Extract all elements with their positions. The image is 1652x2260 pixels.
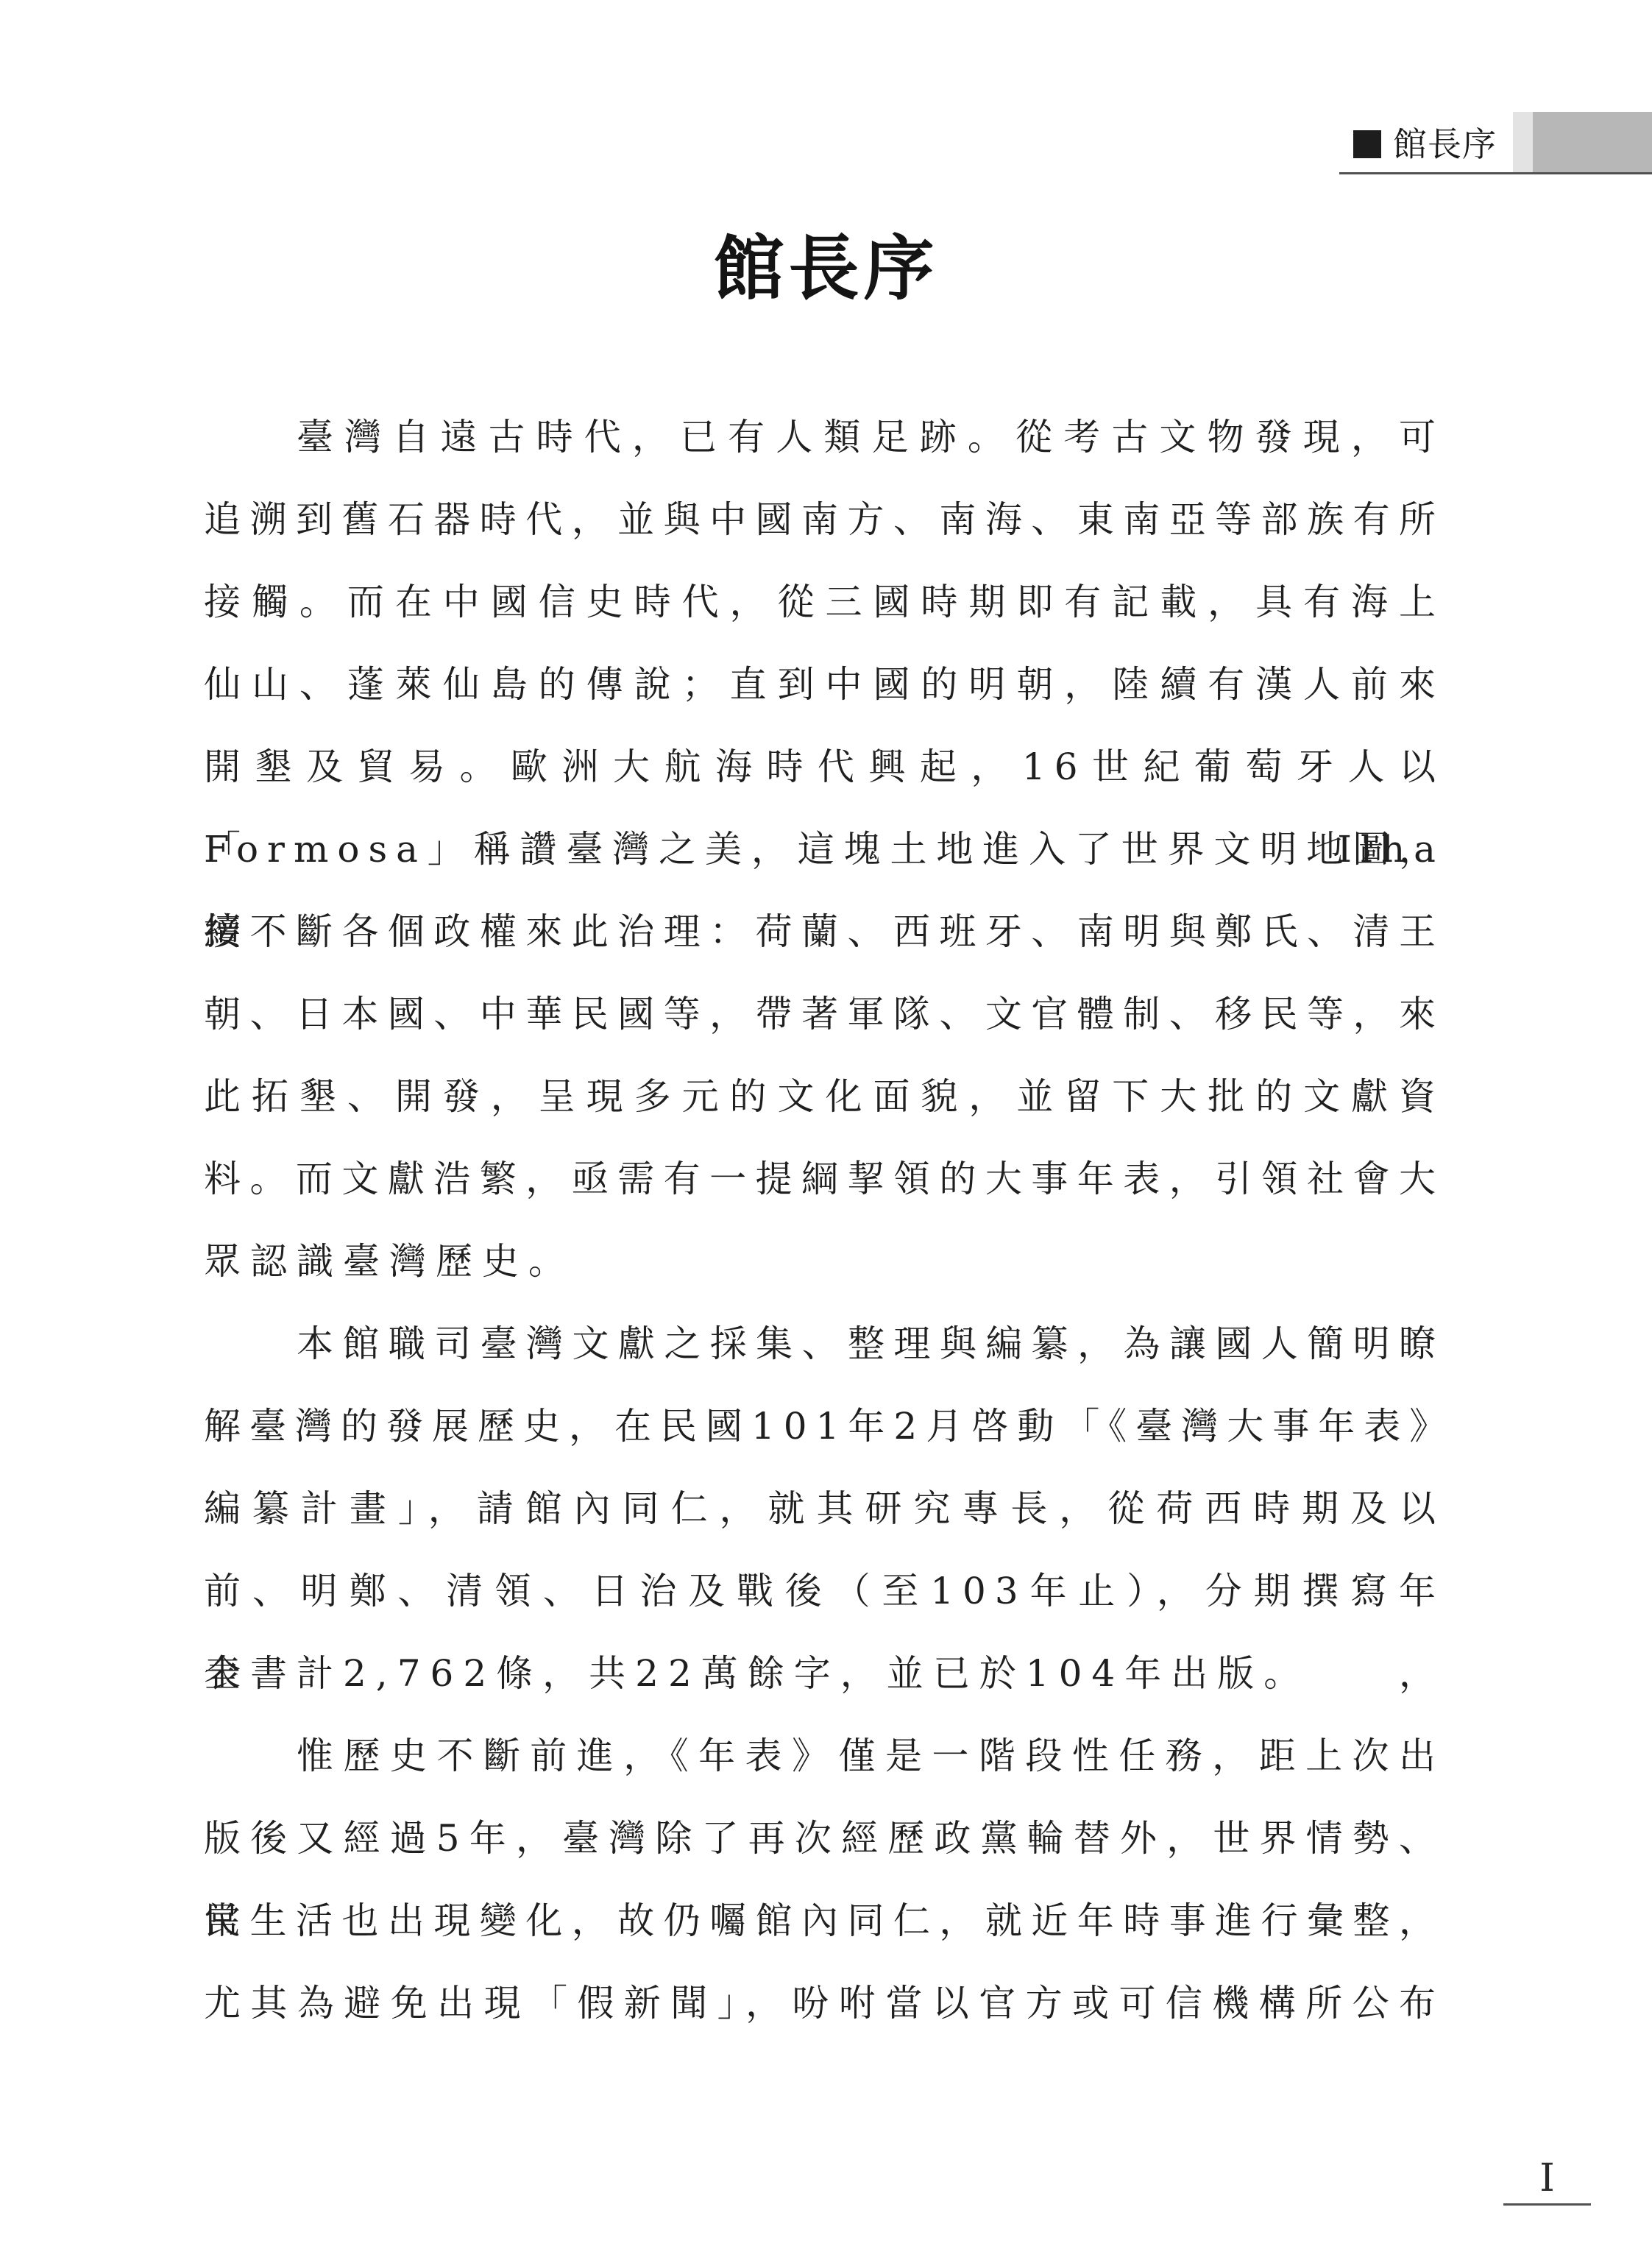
body-line: 開墾及貿易。歐洲大航海時代興起，16世紀葡萄牙人以「Ilha xyxy=(204,726,1444,808)
body-line: 續不斷各個政權來此治理：荷蘭、西班牙、南明與鄭氏、清王 xyxy=(204,890,1444,973)
header-tab-dark xyxy=(1533,112,1652,172)
body-line: 眾認識臺灣歷史。 xyxy=(204,1220,1444,1303)
body-line: Formosa」稱讚臺灣之美，這塊土地進入了世界文明地圖，接 xyxy=(204,808,1444,890)
section-square-icon xyxy=(1353,130,1381,158)
body-line: 民生活也出現變化，故仍囑館內同仁，就近年時事進行彙整， xyxy=(204,1880,1444,1962)
body-line: 料。而文獻浩繁，亟需有一提綱挈領的大事年表，引領社會大 xyxy=(204,1138,1444,1220)
body-line: 臺灣自遠古時代，已有人類足跡。從考古文物發現，可 xyxy=(204,396,1444,478)
body-text: 臺灣自遠古時代，已有人類足跡。從考古文物發現，可 追溯到舊石器時代，並與中國南方… xyxy=(204,396,1444,2044)
running-header: 館長序 xyxy=(1353,124,1497,165)
body-line: 仙山、蓬萊仙島的傳說；直到中國的明朝，陸續有漢人前來 xyxy=(204,643,1444,726)
body-line: 惟歷史不斷前進，《年表》僅是一階段性任務，距上次出 xyxy=(204,1715,1444,1797)
body-line: 尤其為避免出現「假新聞」，吩咐當以官方或可信機構所公布 xyxy=(204,1962,1444,2044)
page-number: I xyxy=(1503,2156,1591,2200)
body-line: 此拓墾、開發，呈現多元的文化面貌，並留下大批的文獻資 xyxy=(204,1055,1444,1138)
header-tab-light xyxy=(1513,112,1533,172)
body-line: 本館職司臺灣文獻之採集、整理與編纂，為讓國人簡明瞭 xyxy=(204,1303,1444,1385)
body-line: 朝、日本國、中華民國等，帶著軍隊、文官體制、移民等，來 xyxy=(204,973,1444,1055)
running-header-label: 館長序 xyxy=(1393,124,1497,165)
page-number-rule xyxy=(1503,2203,1591,2206)
body-line: 編纂計畫」，請館內同仁，就其研究專長，從荷西時期及以 xyxy=(204,1467,1444,1550)
paragraph: 本館職司臺灣文獻之採集、整理與編纂，為讓國人簡明瞭 解臺灣的發展歷史，在民國10… xyxy=(204,1303,1444,1715)
body-line: 版後又經過5年，臺灣除了再次經歷政黨輪替外，世界情勢、常 xyxy=(204,1797,1444,1880)
page-title: 館長序 xyxy=(0,221,1652,316)
body-line: 前、明鄭、清領、日治及戰後（至103年止），分期撰寫年表， xyxy=(204,1550,1444,1632)
header-rule xyxy=(1339,172,1652,174)
paragraph: 臺灣自遠古時代，已有人類足跡。從考古文物發現，可 追溯到舊石器時代，並與中國南方… xyxy=(204,396,1444,1303)
body-line: 追溯到舊石器時代，並與中國南方、南海、東南亞等部族有所 xyxy=(204,478,1444,561)
book-page: 館長序 館長序 臺灣自遠古時代，已有人類足跡。從考古文物發現，可 追溯到舊石器時… xyxy=(0,0,1652,2260)
body-line: 接觸。而在中國信史時代，從三國時期即有記載，具有海上 xyxy=(204,561,1444,643)
body-line: 全書計2,762條，共22萬餘字，並已於104年出版。 xyxy=(204,1632,1444,1715)
paragraph: 惟歷史不斷前進，《年表》僅是一階段性任務，距上次出 版後又經過5年，臺灣除了再次… xyxy=(204,1715,1444,2044)
body-line: 解臺灣的發展歷史，在民國101年2月啓動「《臺灣大事年表》 xyxy=(204,1385,1444,1467)
